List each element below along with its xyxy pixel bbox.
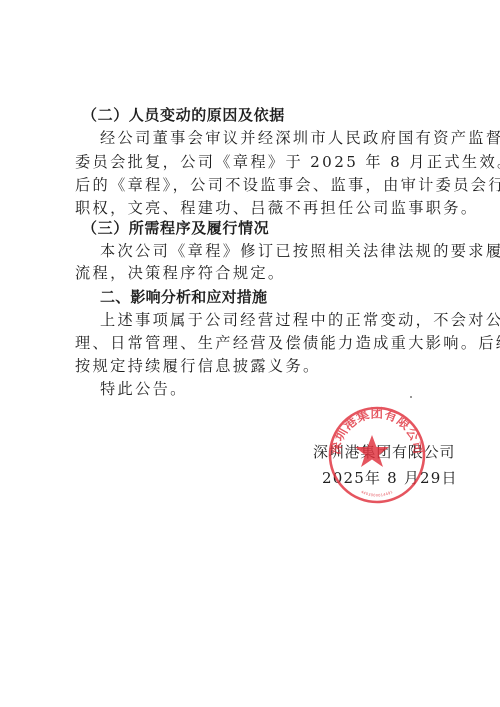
closing-text: 特此公告。 [100, 379, 427, 399]
speck [410, 396, 412, 398]
svg-text:4403000014491: 4403000014491 [360, 490, 393, 498]
section-heading-impact: 二、影响分析和应对措施 [100, 287, 267, 307]
paragraph-line: 本次公司《章程》修订已按照相关法律法规的要求履行审批 [100, 241, 427, 261]
paragraph-line: 经公司董事会审议并经深圳市人民政府国有资产监督管理 [100, 128, 427, 148]
company-seal-icon: 深圳港集团有限公司 4403000014491 [327, 405, 427, 505]
paragraph-line: 委员会批复，公司《章程》于 2025 年 8 月正式生效。根据修订 [75, 152, 427, 172]
paragraph-line: 理、日常管理、生产经营及偿债能力造成重大影响。后续公司将 [75, 333, 427, 353]
paragraph-line: 流程，决策程序符合规定。 [75, 263, 427, 283]
document-page: （二）人员变动的原因及依据 经公司董事会审议并经深圳市人民政府国有资产监督管理 … [0, 0, 500, 707]
paragraph-line: 后的《章程》，公司不设监事会、监事，由审计委员会行使相关 [75, 175, 427, 195]
paragraph-line: 按规定持续履行信息披露义务。 [75, 356, 427, 376]
section-heading-reasons: （二）人员变动的原因及依据 [82, 105, 285, 125]
paragraph-line: 上述事项属于公司经营过程中的正常变动，不会对公司的治 [100, 310, 427, 330]
section-heading-procedures: （三）所需程序及履行情况 [82, 218, 269, 238]
paragraph-line: 职权，文亮、程建功、吕薇不再担任公司监事职务。 [75, 198, 427, 218]
